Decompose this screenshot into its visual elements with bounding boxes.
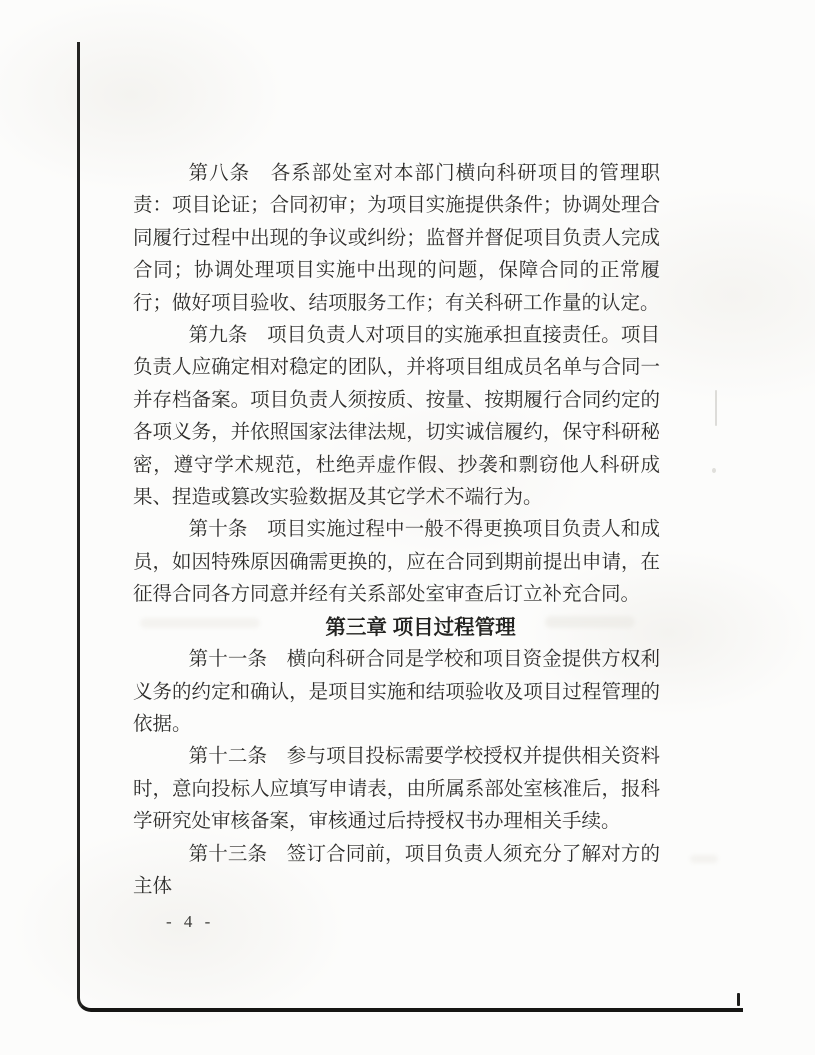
scan-artifact	[690, 855, 718, 863]
article-8-paragraph: 第八条 各系部处室对本部门横向科研项目的管理职责：项目论证；合同初审；为项目实施…	[133, 158, 660, 320]
page-edge-corner-tick	[737, 993, 740, 1006]
scan-artifact	[715, 390, 717, 426]
document-body: 第八条 各系部处室对本部门横向科研项目的管理职责：项目论证；合同初审；为项目实施…	[133, 158, 660, 903]
article-9-paragraph: 第九条 项目负责人对项目的实施承担直接责任。项目负责人应确定相对稳定的团队，并将…	[133, 320, 660, 514]
article-10-paragraph: 第十条 项目实施过程中一般不得更换项目负责人和成员，如因特殊原因确需更换的，应在…	[133, 514, 660, 611]
scan-artifact	[712, 468, 716, 473]
article-11-paragraph: 第十一条 横向科研合同是学校和项目资金提供方权利义务的约定和确认，是项目实施和结…	[133, 644, 660, 741]
article-12-paragraph: 第十二条 参与项目投标需要学校授权并提供相关资料时，意向投标人应填写申请表，由所…	[133, 741, 660, 838]
page-number: - 4 -	[166, 912, 214, 932]
chapter-3-heading: 第三章 项目过程管理	[133, 612, 660, 644]
scanned-document-page: 第八条 各系部处室对本部门横向科研项目的管理职责：项目论证；合同初审；为项目实施…	[0, 0, 815, 1055]
article-13-paragraph: 第十三条 签订合同前，项目负责人须充分了解对方的主体	[133, 839, 660, 904]
